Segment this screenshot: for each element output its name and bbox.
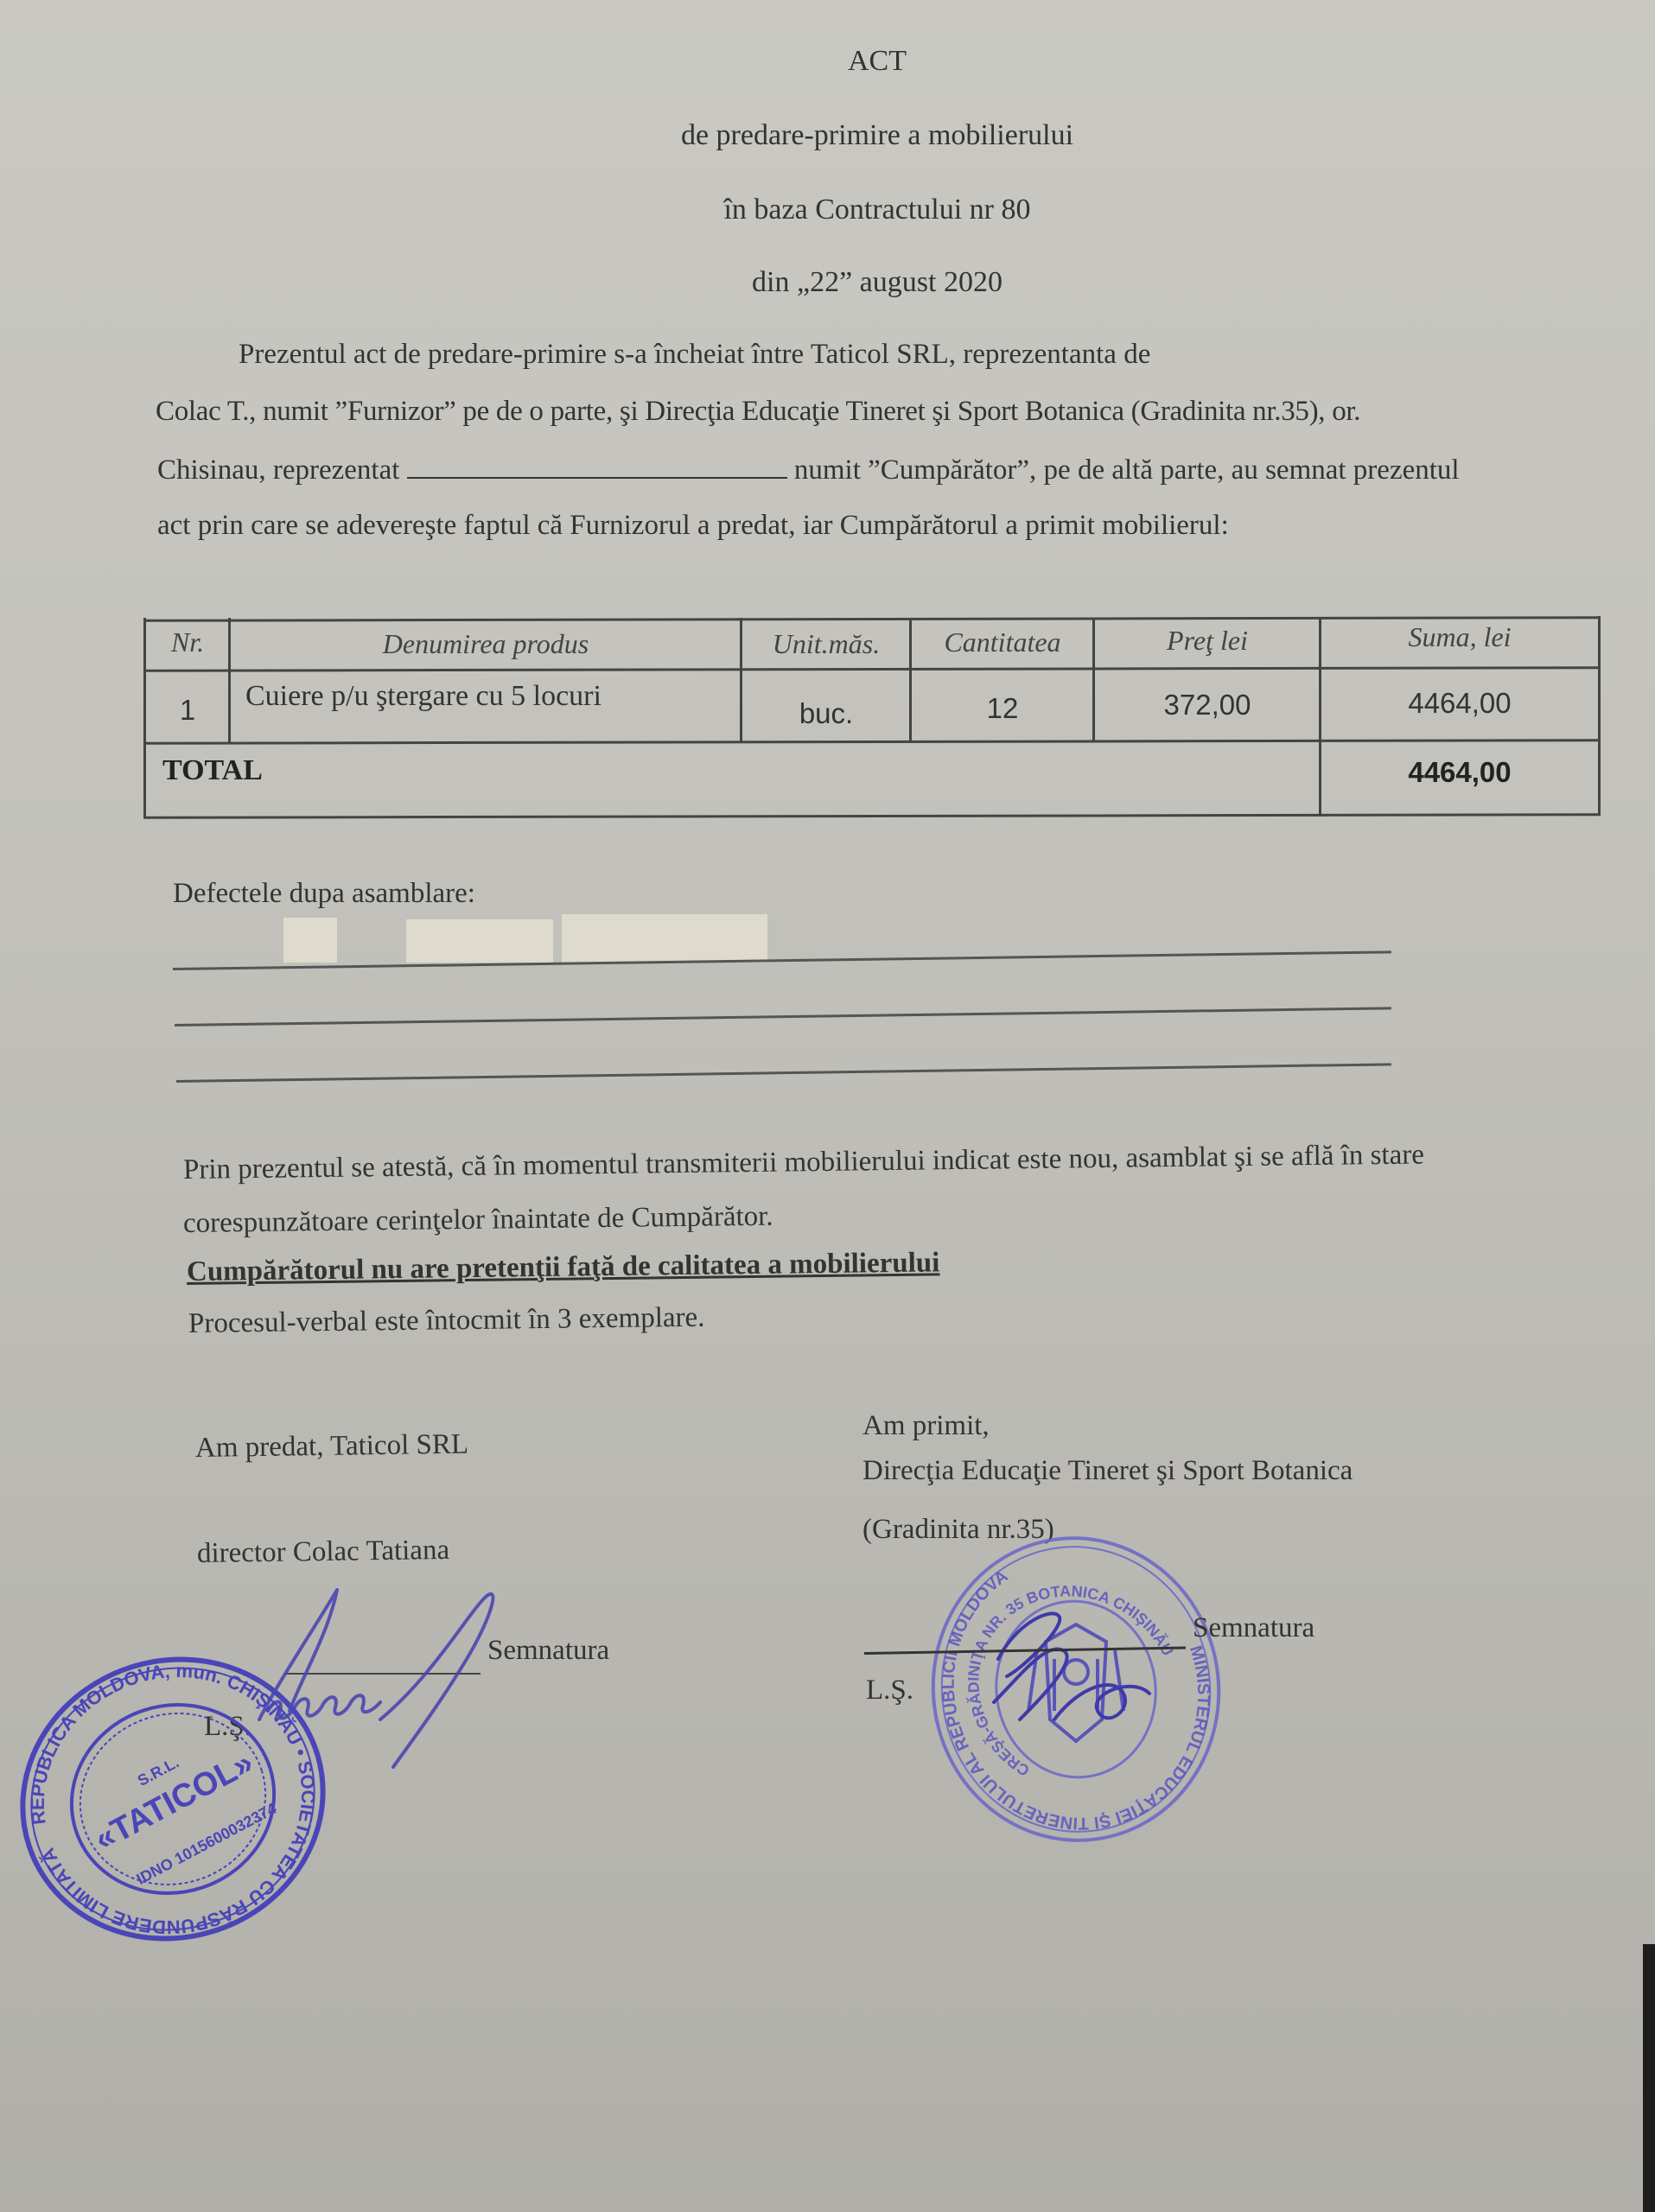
col-header-qty: Cantitatea xyxy=(912,626,1093,658)
document-page: ACT de predare-primire a mobilierului în… xyxy=(0,0,1655,2212)
intro-line-3b: numit ”Cumpărător”, pe de altă parte, au… xyxy=(794,454,1460,486)
buyer-signature-label: Semnatura xyxy=(1193,1612,1314,1644)
defects-label: Defectele dupa asamblare: xyxy=(173,878,475,910)
col-header-sum: Suma, lei xyxy=(1321,621,1598,653)
supplier-handed: Am predat, Taticol SRL xyxy=(195,1429,469,1465)
total-label: TOTAL xyxy=(162,754,263,787)
svg-text:MINISTERUL EDUCAŢIEI ŞI TINERE: MINISTERUL EDUCAŢIEI ŞI TINERETULUI AL R… xyxy=(916,1529,1236,1849)
attestation-line-1: Prin prezentul se atestă, că în momentul… xyxy=(183,1139,1424,1186)
copies-statement: Procesul-verbal este întocmit în 3 exemp… xyxy=(188,1302,705,1340)
total-value: 4464,00 xyxy=(1321,756,1598,789)
page-edge-shadow xyxy=(1643,1944,1655,2212)
doc-title: ACT xyxy=(0,45,1655,78)
defects-line-1 xyxy=(173,950,1391,970)
taticol-stamp: REPUBLICA MOLDOVA, mun. CHIŞINĂU • SOCIE… xyxy=(9,1652,337,1946)
col-header-price: Preţ lei xyxy=(1095,625,1320,657)
cell-qty: 12 xyxy=(912,692,1093,725)
supplier-director: director Colac Tatiana xyxy=(197,1535,450,1570)
intro-line-3a: Chisinau, reprezentat xyxy=(157,454,399,486)
attestation-line-2: corespunzătoare cerinţelor înaintate de … xyxy=(183,1201,773,1240)
intro-line-1: Prezentul act de predare-primire s-a înc… xyxy=(239,339,1150,371)
buyer-org: Direcţia Educaţie Tineret şi Sport Botan… xyxy=(863,1455,1353,1487)
doc-date: din „22” august 2020 xyxy=(0,266,1655,299)
col-header-name: Denumirea produs xyxy=(231,628,741,660)
cell-unit: buc. xyxy=(742,697,910,730)
col-header-nr: Nr. xyxy=(147,626,228,658)
representative-blank-field xyxy=(407,453,787,479)
cell-nr: 1 xyxy=(147,694,228,727)
buyer-seal-label: L.Ş. xyxy=(866,1675,913,1707)
buyer-received: Am primit, xyxy=(863,1410,990,1442)
cell-price: 372,00 xyxy=(1095,689,1320,721)
intro-line-2: Colac T., numit ”Furnizor” pe de o parte… xyxy=(156,396,1360,428)
cell-name: Cuiere p/u ştergare cu 5 locuri xyxy=(245,680,602,713)
goods-table: Nr. Denumirea produs Unit.măs. Cantitate… xyxy=(143,618,1601,818)
doc-contract: în baza Contractului nr 80 xyxy=(0,194,1655,226)
col-header-unit: Unit.măs. xyxy=(742,628,910,660)
cell-sum: 4464,00 xyxy=(1321,687,1598,720)
intro-line-3: Chisinau, reprezentat numit ”Cumpărător”… xyxy=(157,453,1460,486)
correction-patch xyxy=(406,919,553,963)
intro-line-4: act prin care se adevereşte faptul că Fu… xyxy=(157,510,1229,542)
correction-patch xyxy=(283,918,337,963)
defects-line-2 xyxy=(175,1007,1391,1027)
doc-subtitle: de predare-primire a mobilierului xyxy=(0,119,1655,152)
defects-line-3 xyxy=(176,1063,1391,1083)
no-claims-statement: Cumpărătorul nu are pretenţii faţă de ca… xyxy=(187,1247,940,1288)
correction-patch xyxy=(562,914,767,963)
gradinita-stamp: MINISTERUL EDUCAŢIEI ŞI TINERETULUI AL R… xyxy=(916,1529,1236,1849)
